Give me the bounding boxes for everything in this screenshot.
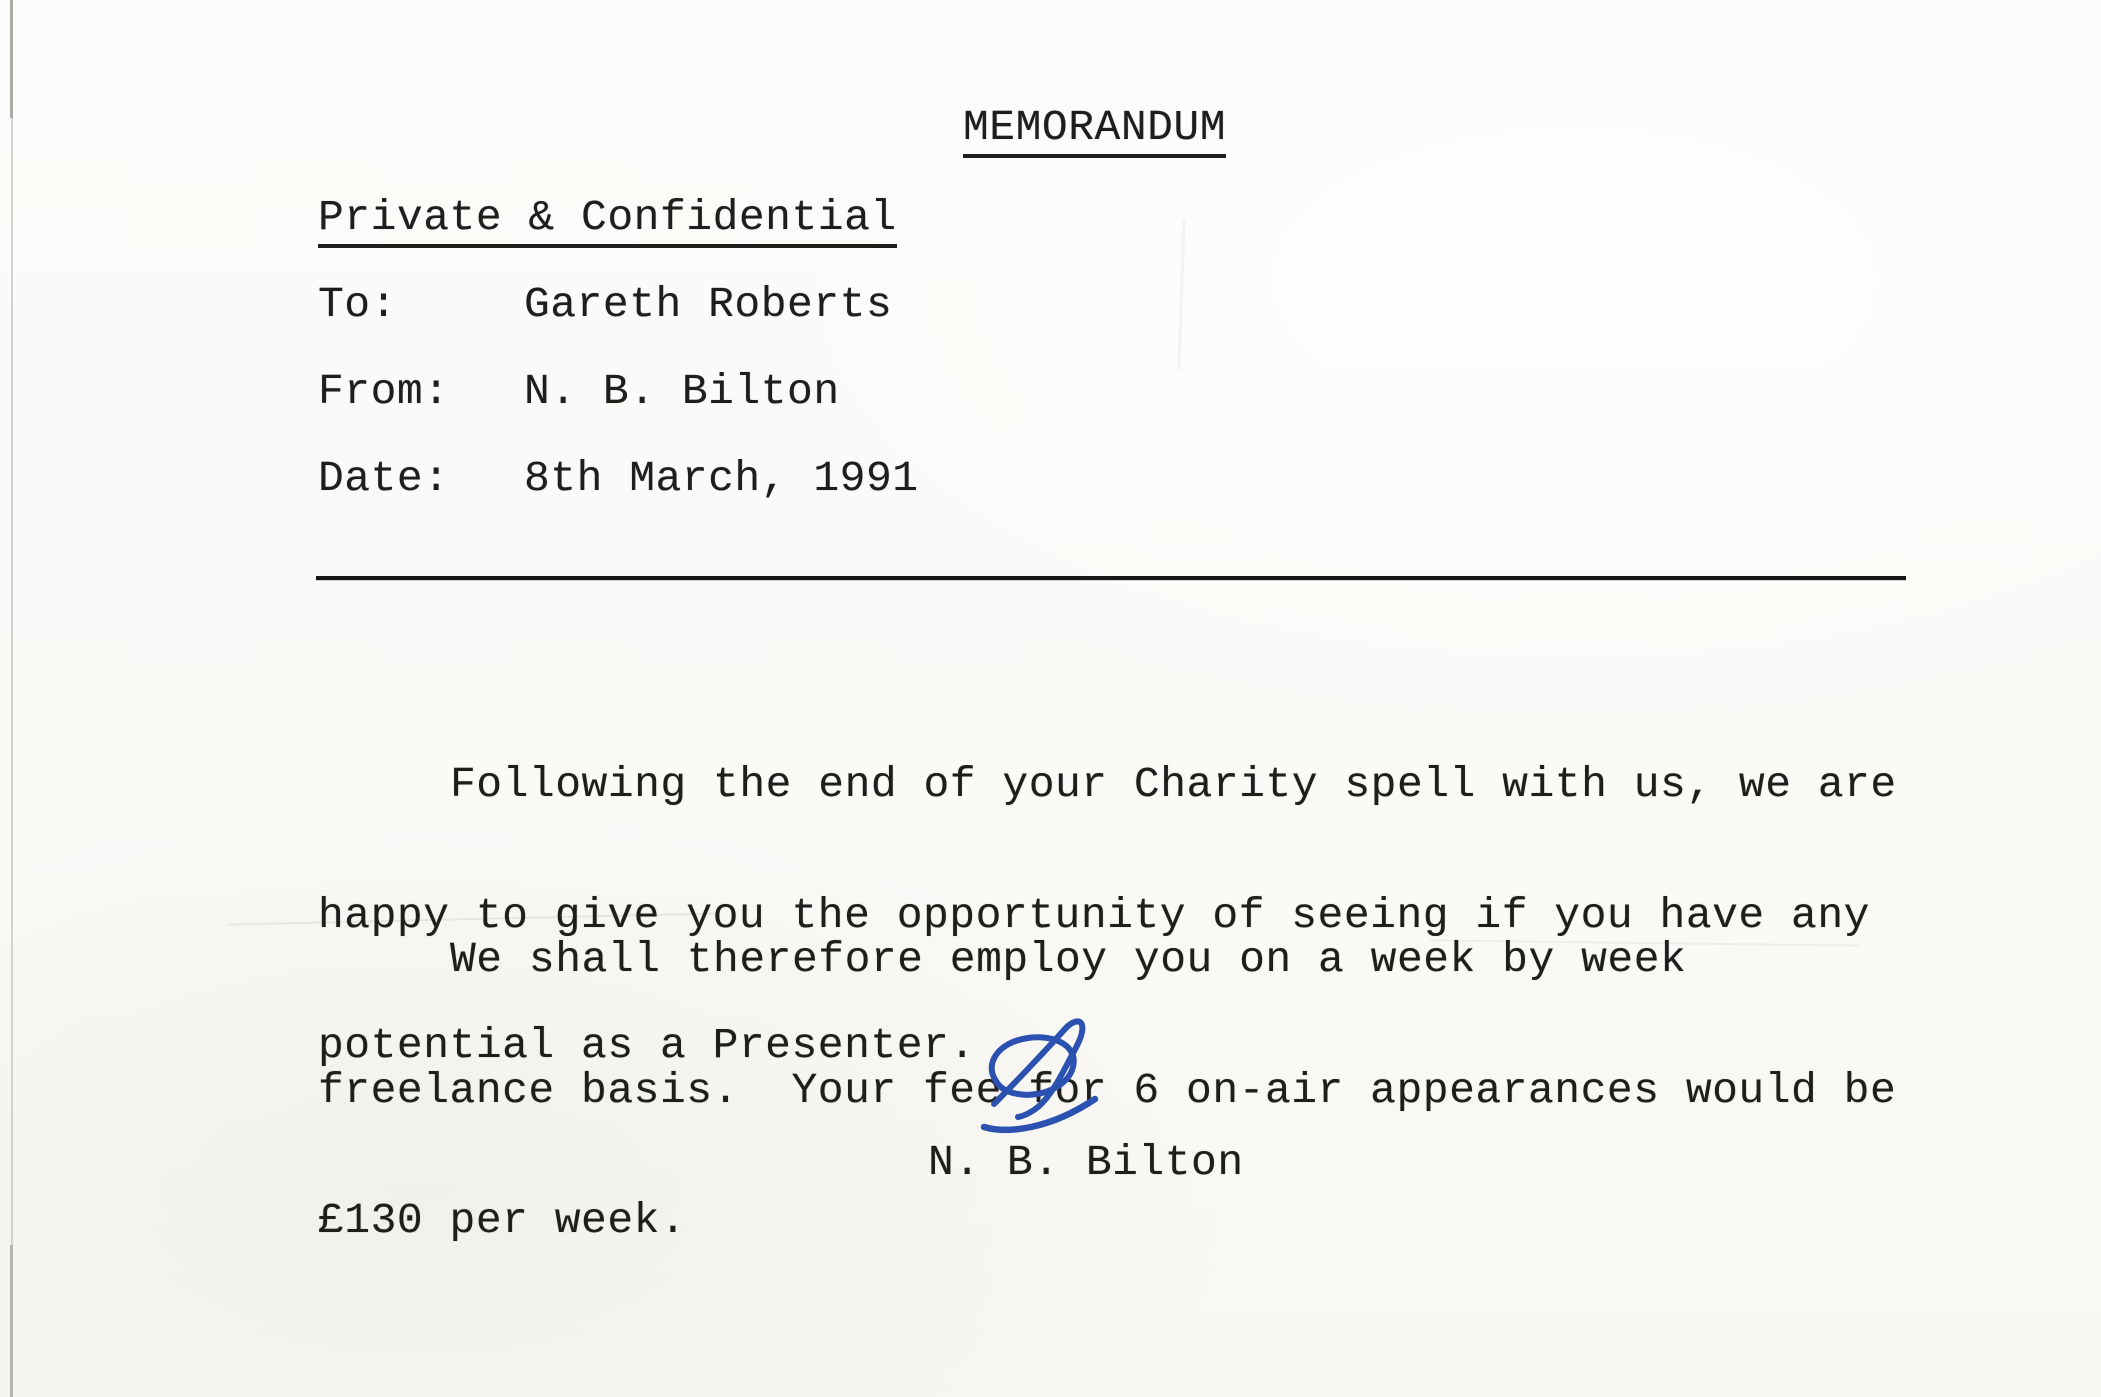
memo-document: MEMORANDUM Private & Confidential To: Ga… bbox=[0, 0, 2101, 1397]
body-line: We shall therefore employ you on a week … bbox=[318, 938, 1896, 982]
scan-artifact-top bbox=[10, 0, 13, 118]
scan-artifact-bottom bbox=[10, 1245, 13, 1397]
paper-edge-line bbox=[11, 0, 13, 1397]
from-field-value: N. B. Bilton bbox=[524, 370, 840, 414]
handwritten-signature bbox=[950, 1000, 1150, 1150]
date-field-value: 8th March, 1991 bbox=[524, 457, 919, 501]
to-field-value: Gareth Roberts bbox=[524, 283, 892, 327]
signed-name: N. B. Bilton bbox=[928, 1141, 1244, 1185]
memo-title: MEMORANDUM bbox=[963, 106, 1226, 158]
from-field-label: From: bbox=[318, 370, 450, 414]
date-field-label: Date: bbox=[318, 457, 450, 501]
body-line: Following the end of your Charity spell … bbox=[318, 763, 1897, 807]
paper-crease bbox=[1177, 220, 1185, 370]
body-line: £130 per week. bbox=[318, 1199, 1896, 1243]
separator-line bbox=[316, 576, 1906, 580]
classification-label: Private & Confidential bbox=[318, 196, 897, 248]
to-field-label: To: bbox=[318, 283, 397, 327]
signature-scribble bbox=[950, 1000, 1150, 1150]
